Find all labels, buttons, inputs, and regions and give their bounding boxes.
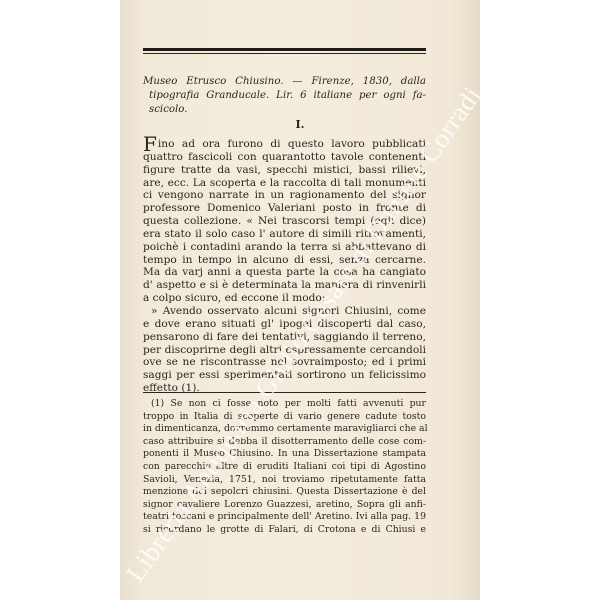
book-page: Museo Etrusco Chiusino. — Firenze, 1830,…	[120, 0, 480, 600]
footnote-rule	[143, 392, 426, 393]
body-line: a colpo sicuro, ed eccone il modo:	[143, 292, 426, 305]
footnote: (1) Se non ci fosse noto per molti fatti…	[143, 398, 426, 537]
body-line: d' aspetto e si è determinata la maniera…	[143, 279, 426, 292]
body-line: tempo in tempo in alcuno di essi, senza …	[143, 254, 426, 267]
body-line: Fino ad ora furono di questo lavoro pubb…	[143, 138, 426, 151]
footnote-line: ponenti il Museo Chiusino. In una Disser…	[143, 448, 426, 461]
footnote-line: caso attribuire si debba il disotterrame…	[143, 436, 426, 449]
body-line: are, ecc. La scoperta e la raccolta di t…	[143, 177, 426, 190]
body-line: questa collezione. « Nei trascorsi tempi…	[143, 215, 426, 228]
body-line: saggi per essi sperimentati sortirono un…	[143, 369, 426, 382]
body-line: » Avendo osservato alcuni signori Chiusi…	[143, 305, 426, 318]
footnote-line: con parecchie altre di eruditi Italiani …	[143, 461, 426, 474]
body-text: Fino ad ora furono di questo lavoro pubb…	[143, 138, 426, 395]
header-rule-thick	[143, 48, 426, 51]
body-line: pensarono di fare dei tentativi, saggian…	[143, 331, 426, 344]
body-line: e dove erano situati gl' ipogei discoper…	[143, 318, 426, 331]
body-line: ove se ne riscontrasse nel sovraimposto;…	[143, 356, 426, 369]
body-line: poichè i contadini arando la terra si ab…	[143, 241, 426, 254]
section-number: I.	[120, 118, 480, 131]
footnote-line: in dimenticanza, dovremmo certamente mar…	[143, 423, 426, 436]
body-line: per discoprirne degli altri espressament…	[143, 344, 426, 357]
drop-cap: F	[143, 138, 157, 150]
footnote-line: si ricordano le grotte di Falari, di Cro…	[143, 524, 426, 537]
citation-line: Museo Etrusco Chiusino. — Firenze, 1830,…	[143, 75, 426, 89]
bibliographic-citation: Museo Etrusco Chiusino. — Firenze, 1830,…	[143, 75, 426, 117]
body-line: Ma da varj anni a questa parte la cosa h…	[143, 266, 426, 279]
citation-line: tipografia Granducale. Lir. 6 italiane p…	[143, 89, 426, 103]
citation-line: scicolo.	[143, 103, 426, 117]
body-line: quattro fascicoli con quarantotto tavole…	[143, 151, 426, 164]
body-line: ci vengono narrate in un ragionamento de…	[143, 189, 426, 202]
body-line: professore Domenico Valeriani posto in f…	[143, 202, 426, 215]
footnote-line: troppo in Italia di scoperte di vario ge…	[143, 411, 426, 424]
footnote-line: menzione dei sepolcri chiusini. Questa D…	[143, 486, 426, 499]
footnote-line: teatri toscani e principalmente dell' Ar…	[143, 511, 426, 524]
footnote-line: signor cavaliere Lorenzo Guazzesi, areti…	[143, 499, 426, 512]
footnote-line: (1) Se non ci fosse noto per molti fatti…	[143, 398, 426, 411]
footnote-line: Savioli, Venezia, 1751, noi troviamo rip…	[143, 474, 426, 487]
header-rule-thin	[143, 53, 426, 54]
body-line: era stato il solo caso l' autore di simi…	[143, 228, 426, 241]
body-line: figure tratte da vasi, specchi mistici, …	[143, 164, 426, 177]
